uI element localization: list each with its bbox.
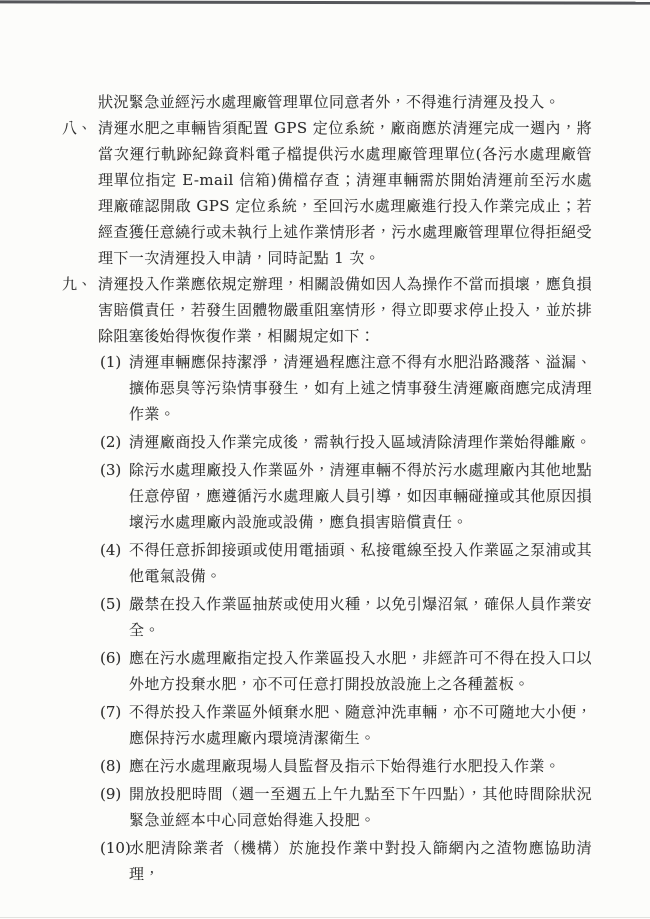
subitem-marker: (5) <box>100 591 129 617</box>
scan-edge-top <box>0 0 650 4</box>
paragraph-text: 狀況緊急並經污水處理廠管理單位同意者外，不得進行清運及投入。 <box>98 93 560 111</box>
subitem-4: (4)不得任意拆卸接頭或使用電插頭、私接電線至投入作業區之泵浦或其他電氣設備。 <box>100 537 592 589</box>
scan-edge-bottom <box>0 917 650 918</box>
subitem-9: (9)開放投肥時間（週一至週五上午九點至下午四點），其他時間除狀況緊急並經本中心… <box>100 781 592 833</box>
subitem-text: 應在污水處理廠指定投入作業區投入水肥，非經許可不得在投入口以外地方投棄水肥，亦不… <box>129 649 592 693</box>
item-8: 八、清運水肥之車輛皆須配置 GPS 定位系統，廠商應於清運完成一週內，將當次運行… <box>62 115 592 271</box>
subitem-8: (8)應在污水處理廠現場人員監督及指示下始得進行水肥投入作業。 <box>100 753 592 779</box>
subitem-text: 清運廠商投入作業完成後，需執行投入區域清除清理作業始得離廠。 <box>129 433 591 451</box>
item-marker: 八、 <box>62 115 98 141</box>
document-content: 狀況緊急並經污水處理廠管理單位同意者外，不得進行清運及投入。 八、清運水肥之車輛… <box>62 89 592 889</box>
subitem-marker: (2) <box>100 429 129 455</box>
item-9: 九、清運投入作業應依規定辦理，相關設備如因人為操作不當而損壞，應負損害賠償責任，… <box>62 271 592 349</box>
subitem-marker: (10) <box>100 835 129 861</box>
item-text: 清運水肥之車輛皆須配置 GPS 定位系統，廠商應於清運完成一週內，將當次運行軌跡… <box>98 119 592 267</box>
subitem-6: (6)應在污水處理廠指定投入作業區投入水肥，非經許可不得在投入口以外地方投棄水肥… <box>100 645 592 697</box>
subitem-text: 水肥清除業者（機構）於施投作業中對投入篩網內之渣物應協助清理， <box>129 839 592 883</box>
subitem-text: 應在污水處理廠現場人員監督及指示下始得進行水肥投入作業。 <box>129 757 560 775</box>
item-marker: 九、 <box>62 271 98 297</box>
subitem-marker: (1) <box>100 349 129 375</box>
subitem-5: (5)嚴禁在投入作業區抽菸或使用火種，以免引爆沼氣，確保人員作業安全。 <box>100 591 592 643</box>
subitem-text: 除污水處理廠投入作業區外，清運車輛不得於污水處理廠內其他地點任意停留，應遵循污水… <box>129 461 592 531</box>
subitem-10: (10)水肥清除業者（機構）於施投作業中對投入篩網內之渣物應協助清理， <box>100 835 592 887</box>
subitem-text: 不得任意拆卸接頭或使用電插頭、私接電線至投入作業區之泵浦或其他電氣設備。 <box>129 541 592 585</box>
subitem-marker: (4) <box>100 537 129 563</box>
subitem-text: 不得於投入作業區外傾棄水肥、隨意沖洗車輛，亦不可隨地大小便，應保持污水處理廠內環… <box>129 703 592 747</box>
subitem-2: (2)清運廠商投入作業完成後，需執行投入區域清除清理作業始得離廠。 <box>100 429 592 455</box>
subitem-marker: (8) <box>100 753 129 779</box>
subitems-list: (1)清運車輛應保持潔淨，清運過程應注意不得有水肥沿路濺落、溢漏、擴佈惡臭等污染… <box>100 349 592 887</box>
subitem-text: 嚴禁在投入作業區抽菸或使用火種，以免引爆沼氣，確保人員作業安全。 <box>129 595 592 639</box>
subitem-3: (3)除污水處理廠投入作業區外，清運車輛不得於污水處理廠內其他地點任意停留，應遵… <box>100 457 592 535</box>
item-text: 清運投入作業應依規定辦理，相關設備如因人為操作不當而損壞，應負損害賠償責任，若發… <box>98 275 592 345</box>
subitem-1: (1)清運車輛應保持潔淨，清運過程應注意不得有水肥沿路濺落、溢漏、擴佈惡臭等污染… <box>100 349 592 427</box>
document-page: 狀況緊急並經污水處理廠管理單位同意者外，不得進行清運及投入。 八、清運水肥之車輛… <box>0 0 650 919</box>
subitem-marker: (6) <box>100 645 129 671</box>
subitem-marker: (3) <box>100 457 129 483</box>
subitem-7: (7)不得於投入作業區外傾棄水肥、隨意沖洗車輛，亦不可隨地大小便，應保持污水處理… <box>100 699 592 751</box>
subitem-marker: (7) <box>100 699 129 725</box>
subitem-text: 清運車輛應保持潔淨，清運過程應注意不得有水肥沿路濺落、溢漏、擴佈惡臭等污染情事發… <box>129 353 592 423</box>
paragraph-continuation: 狀況緊急並經污水處理廠管理單位同意者外，不得進行清運及投入。 <box>62 89 592 115</box>
subitem-text: 開放投肥時間（週一至週五上午九點至下午四點），其他時間除狀況緊急並經本中心同意始… <box>129 785 592 829</box>
subitem-marker: (9) <box>100 781 129 807</box>
